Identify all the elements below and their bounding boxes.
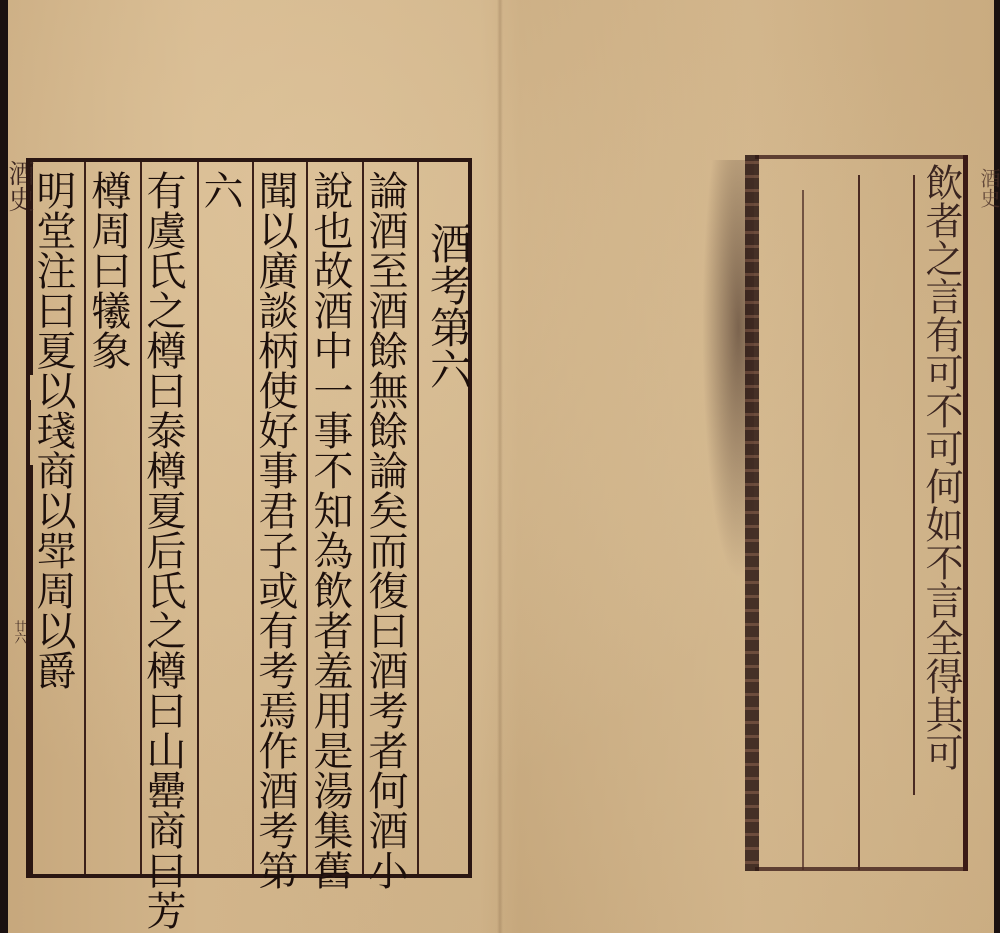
text-column: 飲者之言有可不可何如不言全得其可: [919, 163, 963, 771]
text-column: 聞以廣談柄使好事君子或有考焉作酒考第: [256, 170, 293, 890]
right-scan-edge: [994, 0, 1000, 933]
center-fold: [497, 0, 503, 933]
column-rule: [197, 162, 199, 874]
text-column: 明堂注曰夏以琖商以斝周以爵: [34, 170, 71, 690]
left-scan-edge: [0, 0, 8, 933]
text-column: 樽周曰犧象: [89, 170, 126, 370]
column-rule: [913, 175, 915, 795]
text-column: 說也故酒中一事不知為飲者羞用是湯集舊: [311, 170, 348, 890]
text-column: 有虞氏之樽曰泰樽夏后氏之樽曰山罍商曰芳: [145, 170, 180, 930]
frame-bottom-border: [755, 867, 965, 871]
edge-title: 酒史: [975, 168, 1000, 208]
frame-left-border: [745, 155, 759, 871]
frame-right-border: [963, 155, 968, 871]
frame-top-border: [755, 155, 965, 159]
column-rule: [802, 190, 804, 870]
chapter-heading: 酒考第六: [422, 222, 474, 390]
column-rule: [417, 162, 419, 874]
text-column: 六: [201, 170, 238, 210]
column-rule: [858, 175, 860, 870]
text-column: 論酒至酒餘無餘論矣而復曰酒考者何酒小: [366, 170, 403, 890]
